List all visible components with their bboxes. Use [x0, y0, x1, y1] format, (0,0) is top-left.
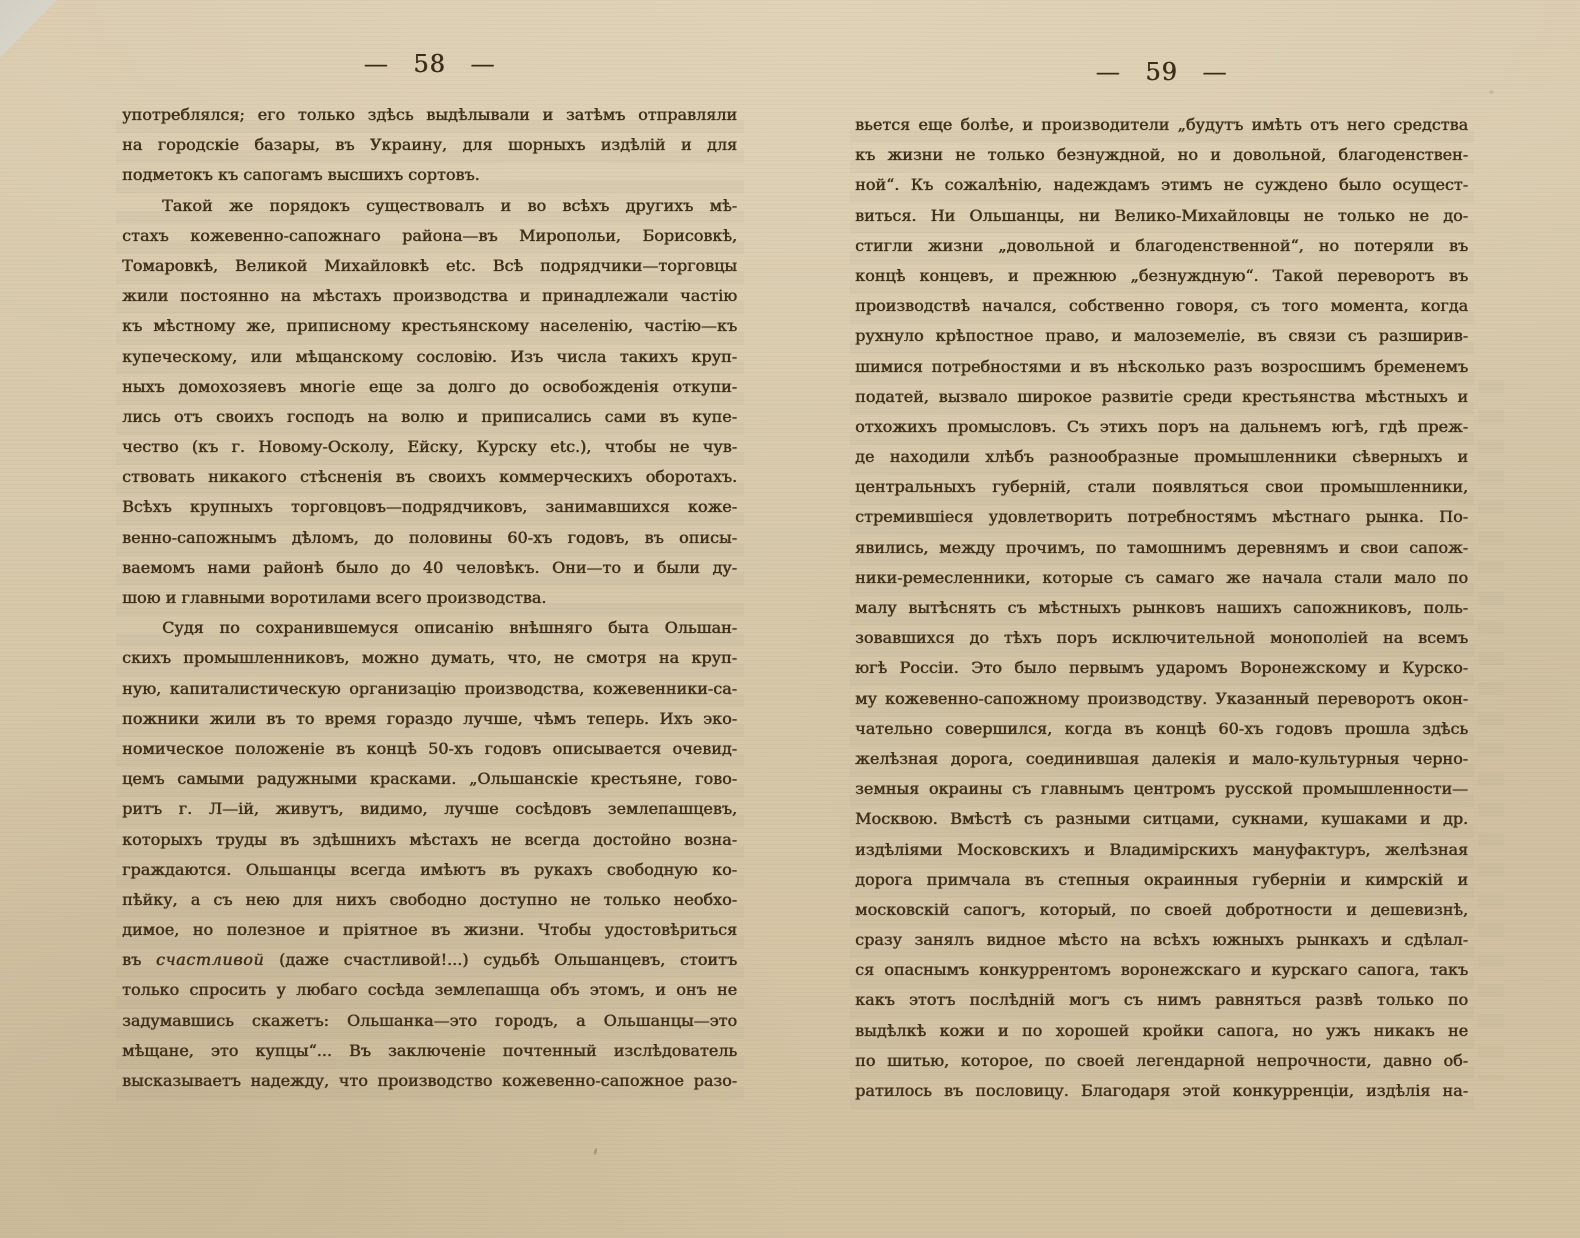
text-line: употреблялся; его только здѣсь выдѣлывал…	[122, 100, 737, 130]
text-line: номическое положеніе въ концѣ 50-хъ годо…	[122, 734, 737, 764]
text-line: скихъ промышленниковъ, можно думать, что…	[122, 643, 737, 673]
text-line: Такой же порядокъ существовалъ и во всѣх…	[122, 191, 737, 221]
text-line: московскій сапогъ, который, по своей доб…	[855, 895, 1468, 925]
text-line: стахъ кожевенно-сапожнаго района—въ Миро…	[122, 221, 737, 251]
text-line: производствѣ начался, собственно говоря,…	[855, 291, 1468, 321]
text-line: издѣліями Московскихъ и Владимірскихъ ма…	[855, 835, 1468, 865]
text-line: граждаются. Ольшанцы всегда имѣютъ въ ру…	[122, 855, 737, 885]
text-line: къ мѣстному же, приписному крестьянскому…	[122, 311, 737, 341]
text-line: выдѣлкѣ кожи и по хорошей кройки сапога,…	[855, 1016, 1468, 1046]
text-line: ствовать никакого стѣсненія въ своихъ ко…	[122, 462, 737, 492]
text-line: шою и главными воротилами всего производ…	[122, 583, 737, 613]
page-58-text: употреблялся; его только здѣсь выдѣлывал…	[122, 100, 737, 1096]
text-line: податей, вызвало широкое развитіе среди …	[855, 382, 1468, 412]
text-line: центральныхъ губерній, стали появляться …	[855, 472, 1468, 502]
text-line: желѣзная дорога, соединившая далекія и м…	[855, 744, 1468, 774]
text-line: дорога примчала въ степныя окраинныя губ…	[855, 865, 1468, 895]
text-line: димое, но полезное и пріятное въ жизни. …	[122, 915, 737, 945]
text-line: ваемомъ нами районѣ было до 40 человѣкъ.…	[122, 553, 737, 583]
text-line: на городскіе базары, въ Украину, для шор…	[122, 130, 737, 160]
text-line: отхожихъ промысловъ. Съ этихъ поръ на да…	[855, 412, 1468, 442]
text-line: ной“. Къ сожалѣнію, надеждамъ этимъ не с…	[855, 170, 1468, 200]
text-line: ную, капиталистическую организацію произ…	[122, 674, 737, 704]
text-line: ся опаснымъ конкуррентомъ воронежскаго и…	[855, 955, 1468, 985]
text-line: Москвою. Вмѣстѣ съ разными ситцами, сукн…	[855, 804, 1468, 834]
text-line: подметокъ къ сапогамъ высшихъ сортовъ.	[122, 160, 737, 190]
text-line: только спросить у любаго сосѣда землепаш…	[122, 975, 737, 1005]
book-scan: — 58 — — 59 — употреблялся; его только з…	[0, 0, 1580, 1238]
text-line: задумавшись скажетъ: Ольшанка—это городъ…	[122, 1006, 737, 1036]
text-line: виться. Ни Ольшанцы, ни Велико-Михайловц…	[855, 201, 1468, 231]
page-number-58: — 58 —	[122, 50, 737, 78]
text-line: ники-ремесленники, которые съ самаго же …	[855, 563, 1468, 593]
text-line: мѣщане, это купцы“... Въ заключеніе почт…	[122, 1036, 737, 1066]
text-line: ныхъ домохозяевъ многіе еще за долго до …	[122, 372, 737, 402]
text-line: венно-сапожнымъ дѣломъ, до половины 60-х…	[122, 523, 737, 553]
text-line: рухнуло крѣпостное право, и малоземеліе,…	[855, 321, 1468, 351]
text-line: зовавшихся до тѣхъ поръ исключительной м…	[855, 623, 1468, 653]
text-line: которыхъ труды въ здѣшнихъ мѣстахъ не вс…	[122, 825, 737, 855]
text-line: стремившіеся удовлетворить потребностямъ…	[855, 502, 1468, 532]
text-line: къ жизни не только безнуждной, но и дово…	[855, 140, 1468, 170]
text-line: югѣ Россіи. Это было первымъ ударомъ Вор…	[855, 653, 1468, 683]
text-line: какъ этотъ послѣдній могъ съ нимъ равнят…	[855, 985, 1468, 1015]
text-line: малу вытѣснять съ мѣстныхъ рынковъ наших…	[855, 593, 1468, 623]
text-line: жили постоянно на мѣстахъ производства и…	[122, 281, 737, 311]
text-line: шимися потребностями и въ нѣсколько разъ…	[855, 352, 1468, 382]
text-line: пожники жили въ то время гораздо лучше, …	[122, 704, 737, 734]
text-line: земныя окраины съ главнымъ центромъ русс…	[855, 774, 1468, 804]
page-corner-fold	[0, 0, 96, 96]
text-line: въ счастливой (даже счастливой!...) судь…	[122, 945, 737, 975]
text-line: сразу занялъ видное мѣсто на всѣхъ южных…	[855, 925, 1468, 955]
ink-speck	[1489, 90, 1494, 94]
text-line: высказываетъ надежду, что производство к…	[122, 1066, 737, 1096]
text-line: лись отъ своихъ господъ на волю и припис…	[122, 402, 737, 432]
text-line: ратилось въ пословицу. Благодаря этой ко…	[855, 1076, 1468, 1106]
text-line: купеческому, или мѣщанскому сословію. Из…	[122, 342, 737, 372]
show-through-margin	[1478, 380, 1504, 1080]
text-line: де находили хлѣбъ разнообразные промышле…	[855, 442, 1468, 472]
page-number-59: — 59 —	[855, 58, 1468, 86]
text-line: по шитью, которое, по своей легендарной …	[855, 1046, 1468, 1076]
text-line: цемъ самыми радужными красками. „Ольшанс…	[122, 764, 737, 794]
page-59-text: вьется еще болѣе, и производители „будут…	[855, 110, 1468, 1106]
text-line: чательно совершился, когда въ концѣ 60-х…	[855, 714, 1468, 744]
text-line: Томаровкѣ, Великой Михайловкѣ etc. Всѣ п…	[122, 251, 737, 281]
text-line: явились, между прочимъ, по тамошнимъ дер…	[855, 533, 1468, 563]
text-line: му кожевенно-сапожному производству. Ука…	[855, 684, 1468, 714]
ink-speck	[593, 1148, 598, 1156]
text-line: стигли жизни „довольной и благоденственн…	[855, 231, 1468, 261]
text-line: ритъ г. Л—ій, живутъ, видимо, лучше сосѣ…	[122, 794, 737, 824]
text-line: Всѣхъ крупныхъ торговцовъ—подрядчиковъ, …	[122, 492, 737, 522]
text-line: Судя по сохранившемуся описанію внѣшняго…	[122, 613, 737, 643]
text-line: пѣйку, а съ нею для нихъ свободно доступ…	[122, 885, 737, 915]
text-line: концѣ концевъ, и прежнюю „безнуждную“. Т…	[855, 261, 1468, 291]
text-line: вьется еще болѣе, и производители „будут…	[855, 110, 1468, 140]
text-line: чество (къ г. Новому-Осколу, Ейску, Курс…	[122, 432, 737, 462]
